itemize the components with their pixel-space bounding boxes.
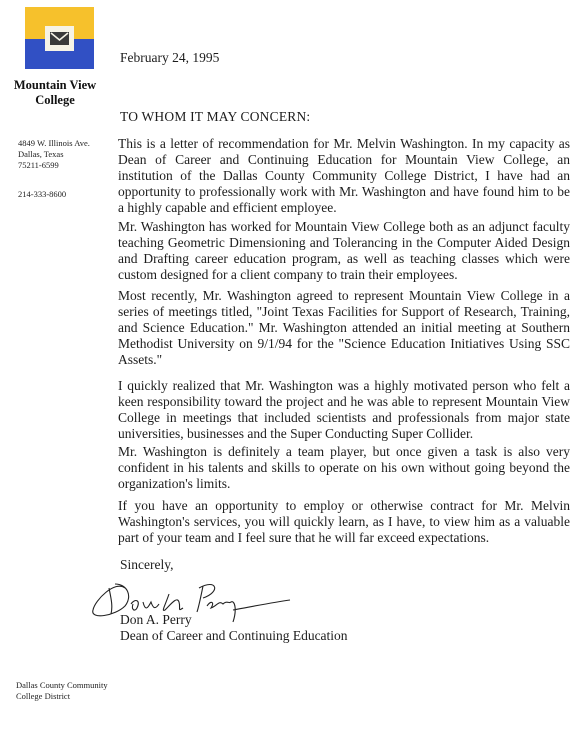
college-phone: 214-333-8600	[18, 189, 66, 199]
address-line3: 75211-6599	[18, 160, 90, 171]
district-line2: College District	[16, 691, 108, 702]
paragraph-5: Mr. Washington is definitely a team play…	[118, 444, 570, 492]
college-name: Mountain View College	[10, 78, 100, 108]
college-name-line1: Mountain View	[10, 78, 100, 93]
paragraph-6: If you have an opportunity to employ or …	[118, 498, 570, 546]
letter-salutation: TO WHOM IT MAY CONCERN:	[120, 109, 310, 125]
envelope-icon	[50, 32, 69, 45]
paragraph-1: This is a letter of recommendation for M…	[118, 136, 570, 216]
letter-date: February 24, 1995	[120, 50, 219, 66]
college-address: 4849 W. Illinois Ave. Dallas, Texas 7521…	[18, 138, 90, 171]
address-line2: Dallas, Texas	[18, 149, 90, 160]
district-line1: Dallas County Community	[16, 680, 108, 691]
signer-name: Don A. Perry	[120, 612, 192, 628]
paragraph-3: Most recently, Mr. Washington agreed to …	[118, 288, 570, 368]
college-name-line2: College	[10, 93, 100, 108]
letterhead-logo	[25, 7, 94, 69]
paragraph-2: Mr. Washington has worked for Mountain V…	[118, 219, 570, 283]
paragraph-4: I quickly realized that Mr. Washington w…	[118, 378, 570, 442]
address-line1: 4849 W. Illinois Ave.	[18, 138, 90, 149]
district-footer: Dallas County Community College District	[16, 680, 108, 702]
signer-title: Dean of Career and Continuing Education	[120, 628, 348, 644]
logo-center-box	[45, 26, 74, 51]
